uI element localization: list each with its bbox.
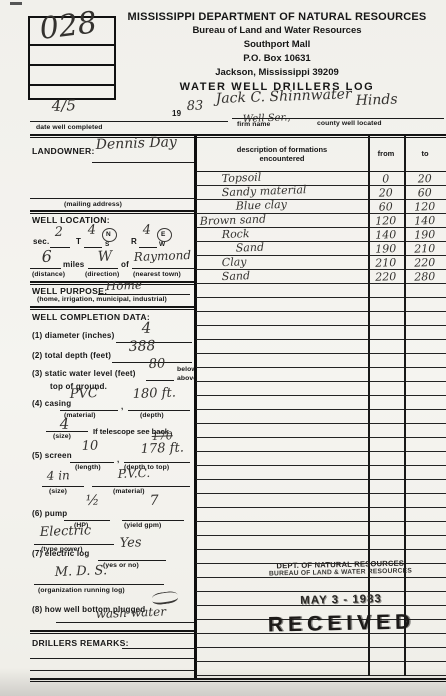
- formation-from: [368, 422, 404, 423]
- formation-from: 20: [368, 187, 404, 199]
- formation-to: [404, 646, 446, 647]
- stamp-date: MAY 3 - 1983: [238, 592, 444, 608]
- item1-label: (1) diameter (inches): [32, 331, 114, 340]
- item5-length-label: (length): [75, 464, 101, 471]
- bottom-rule: [30, 678, 446, 682]
- formation-desc: [196, 669, 368, 675]
- address-line2: P.O. Box 10631: [114, 52, 440, 66]
- formation-row: [196, 648, 446, 662]
- north-circled-mark: [102, 228, 117, 242]
- formation-row: [196, 438, 446, 452]
- item6-yield-label: (yield gpm): [124, 522, 161, 529]
- formation-from: [368, 478, 404, 479]
- form-number-handwritten: 028: [38, 5, 99, 47]
- mailing-address-line: [30, 198, 194, 199]
- formation-from: 210: [368, 257, 404, 269]
- formation-desc: [196, 305, 368, 311]
- form-number-box: 028: [28, 16, 116, 100]
- formation-from: [368, 646, 404, 647]
- remarks-line: [30, 658, 194, 659]
- org-value: M. D. S.: [54, 563, 107, 580]
- year-value: 83: [186, 98, 203, 114]
- formation-to: 280: [404, 271, 446, 283]
- item1-value: 4: [141, 319, 151, 337]
- formation-from: [368, 380, 404, 381]
- formation-row: [196, 452, 446, 466]
- formation-from: [368, 324, 404, 325]
- item6-hp-value: ½: [85, 493, 99, 509]
- formation-to: [404, 492, 446, 493]
- formation-from: [368, 296, 404, 297]
- formation-to: [404, 660, 446, 661]
- formation-from: [368, 660, 404, 661]
- distance-underline: [30, 268, 61, 269]
- item4-label: (4) casing: [32, 399, 71, 408]
- remarks-line: [30, 670, 194, 671]
- nearest-town-value: Raymond: [134, 248, 192, 264]
- formation-to: 120: [404, 201, 446, 213]
- item7-sub-label: (yes or no): [103, 562, 139, 569]
- from-column-header: from: [368, 136, 404, 171]
- formation-to: [404, 422, 446, 423]
- direction-value: W: [97, 249, 112, 265]
- formation-to: [404, 450, 446, 451]
- formation-row: [196, 298, 446, 312]
- formation-to: [404, 394, 446, 395]
- to-column-header: to: [404, 136, 446, 171]
- formation-row: [196, 480, 446, 494]
- formation-desc: [196, 543, 368, 549]
- formation-row: [196, 508, 446, 522]
- stamp-received-text: RECEIVED: [238, 610, 444, 638]
- section-rule: [30, 306, 194, 310]
- landowner-underline: [92, 162, 194, 163]
- formation-from: [368, 492, 404, 493]
- east-circled-mark: [157, 228, 172, 242]
- well-purpose-value: Home: [106, 278, 143, 293]
- formation-row: [196, 494, 446, 508]
- scanned-well-log-form: 028 MISSISSIPPI DEPARTMENT OF NATURAL RE…: [0, 0, 446, 696]
- county-label: county well located: [317, 120, 382, 127]
- formation-to: 220: [404, 257, 446, 269]
- formation-from: [368, 520, 404, 521]
- formation-to: 140: [404, 215, 446, 227]
- direction-underline: [88, 268, 118, 269]
- township-label: T: [76, 237, 81, 246]
- ns-south-option: S: [105, 241, 109, 248]
- formation-from: [368, 310, 404, 311]
- formation-row: [196, 424, 446, 438]
- formation-from: [368, 394, 404, 395]
- formation-from: [368, 436, 404, 437]
- range-value: 4: [142, 223, 151, 238]
- address-line3: Jackson, Mississippi 39209: [114, 66, 440, 80]
- power-value: Electric: [39, 523, 91, 540]
- formation-desc: [196, 473, 368, 479]
- date-completed-label: date well completed: [36, 124, 103, 131]
- formation-from: 190: [368, 243, 404, 255]
- formation-to: [404, 548, 446, 549]
- formation-row: [196, 368, 446, 382]
- item3-underline: [146, 380, 174, 381]
- item4-material-value: PVC: [69, 386, 98, 402]
- formation-desc: [196, 389, 368, 395]
- formation-from: [368, 534, 404, 535]
- formation-from: [368, 464, 404, 465]
- size1-label: (size): [53, 433, 71, 440]
- section-rule: [30, 630, 194, 634]
- item4-comma: ,: [121, 402, 123, 411]
- formation-desc: [196, 515, 368, 521]
- item7-value: Yes: [119, 535, 141, 551]
- formation-to: 190: [404, 229, 446, 241]
- ew-west-option: W: [159, 241, 165, 248]
- date-underline: [30, 121, 228, 122]
- of-label: of: [121, 260, 129, 269]
- county-value: Hinds: [355, 92, 397, 109]
- formation-row: [196, 340, 446, 354]
- township-value: 4: [87, 223, 96, 238]
- formation-row: [196, 466, 446, 480]
- drillers-remarks-label: DRILLERS REMARKS:: [32, 638, 129, 648]
- formation-to: [404, 338, 446, 339]
- sec-underline: [50, 247, 70, 248]
- item6-label: (6) pump: [32, 509, 67, 518]
- formation-to: [404, 506, 446, 507]
- formation-from: [368, 366, 404, 367]
- item5-length-value: 10: [81, 438, 98, 454]
- formation-from: 140: [368, 229, 404, 241]
- well-purpose-heading: WELL PURPOSE:: [32, 286, 107, 296]
- item8-scribble-mark: [151, 590, 178, 606]
- formation-to: 60: [404, 187, 446, 199]
- date-completed-value: 4/5: [51, 96, 76, 115]
- formation-from: 120: [368, 215, 404, 227]
- formation-from: [368, 352, 404, 353]
- size2-label: (size): [49, 488, 67, 495]
- town-underline: [132, 268, 194, 269]
- formation-to: [404, 352, 446, 353]
- item5-comma: ,: [117, 455, 119, 464]
- formation-row: [196, 382, 446, 396]
- item4-depth-value: 180 ft.: [132, 386, 176, 402]
- formation-desc: [196, 347, 368, 353]
- firm-name-value: Jack C. Shinnwater: [215, 86, 351, 107]
- formation-desc: [196, 375, 368, 381]
- formation-desc: [196, 641, 368, 647]
- formation-to: 20: [404, 173, 446, 185]
- address-line1: Southport Mall: [114, 38, 440, 52]
- formation-desc: [196, 333, 368, 339]
- letterhead: MISSISSIPPI DEPARTMENT OF NATURAL RESOUR…: [114, 10, 440, 94]
- form-number-box-line: [29, 64, 115, 66]
- formation-desc: [196, 487, 368, 493]
- formation-desc: [196, 291, 368, 297]
- sec-value: 2: [54, 225, 63, 240]
- direction-label: (direction): [85, 271, 119, 278]
- well-location-heading: WELL LOCATION:: [32, 215, 110, 225]
- year-prefix: 19: [172, 109, 181, 118]
- item3-label: (3) static water level (feet): [32, 369, 136, 378]
- sec-label: sec.: [33, 237, 49, 246]
- item3-value: 80: [148, 356, 165, 372]
- item8-underline: [56, 622, 194, 623]
- completion-data-heading: WELL COMPLETION DATA:: [32, 312, 150, 322]
- formation-from: [368, 674, 404, 675]
- landowner-label: LANDOWNER:: [32, 146, 95, 156]
- agency-name: MISSISSIPPI DEPARTMENT OF NATURAL RESOUR…: [114, 10, 440, 24]
- formation-to: [404, 436, 446, 437]
- item6-yield-value: 7: [149, 493, 158, 509]
- item2-label: (2) total depth (feet): [32, 351, 111, 360]
- formation-to: [404, 408, 446, 409]
- formation-to: [404, 296, 446, 297]
- formation-to: [404, 324, 446, 325]
- distance-label: (distance): [32, 271, 65, 278]
- item4-depth-label: (depth): [140, 412, 164, 419]
- formation-from: [368, 450, 404, 451]
- formation-desc: [196, 501, 368, 507]
- formation-to: [404, 534, 446, 535]
- range-label: R: [131, 237, 137, 246]
- scan-artifact-dash: [10, 2, 22, 5]
- formation-row: Sand220280: [196, 270, 446, 284]
- formations-desc-header: description of formations encountered: [196, 136, 368, 171]
- well-purpose-options: (home, irrigation, municipal, industrial…: [37, 296, 167, 303]
- item8-value: wash water: [96, 605, 167, 621]
- formation-row: [196, 354, 446, 368]
- formation-desc: [196, 459, 368, 465]
- form-number-box-line: [29, 84, 115, 86]
- formation-row: [196, 410, 446, 424]
- remarks-underline: [122, 648, 194, 649]
- formation-row: [196, 396, 446, 410]
- formation-row: [196, 522, 446, 536]
- formation-desc: [196, 529, 368, 535]
- formation-row: [196, 536, 446, 550]
- formation-desc: [196, 445, 368, 451]
- formation-row: [196, 326, 446, 340]
- formation-from: [368, 548, 404, 549]
- formation-from: [368, 506, 404, 507]
- formation-from: [368, 408, 404, 409]
- section-rule: [30, 210, 194, 214]
- received-stamp: DEPT. OF NATURAL RESOURCES BUREAU OF LAN…: [237, 558, 445, 638]
- org-underline: [34, 584, 164, 585]
- bureau-name: Bureau of Land and Water Resources: [114, 24, 440, 38]
- formation-desc: [196, 361, 368, 367]
- firm-name-label: firm name: [237, 121, 270, 128]
- formation-to: [404, 478, 446, 479]
- formation-row: [196, 662, 446, 676]
- formation-to: [404, 520, 446, 521]
- formations-desc-header-line1: description of formations: [237, 145, 327, 154]
- formation-from: 60: [368, 201, 404, 213]
- material2-label: (material): [113, 488, 145, 495]
- distance-value: 6: [41, 247, 52, 266]
- size2-value: 4 in: [47, 468, 70, 483]
- formation-to: [404, 674, 446, 675]
- org-label: (organization running log): [38, 587, 125, 594]
- formation-to: [404, 310, 446, 311]
- formation-desc: [196, 655, 368, 661]
- formation-from: [368, 338, 404, 339]
- item2-value: 388: [128, 338, 155, 355]
- mailing-address-label: (mailing address): [64, 201, 122, 208]
- material2-value: P.V.C.: [118, 466, 151, 481]
- formation-desc: [196, 319, 368, 325]
- formation-desc: [196, 431, 368, 437]
- miles-label: miles: [63, 260, 84, 269]
- formation-row: [196, 312, 446, 326]
- formation-to: 210: [404, 243, 446, 255]
- formation-row: [196, 284, 446, 298]
- formation-to: [404, 380, 446, 381]
- formations-table-header: description of formations encountered fr…: [196, 136, 446, 172]
- formation-from: 220: [368, 271, 404, 283]
- formation-desc: [196, 403, 368, 409]
- formation-to: [404, 366, 446, 367]
- landowner-value: Dennis Day: [95, 134, 177, 153]
- range-underline: [139, 247, 157, 248]
- item5-depth-value: 178 ft.: [140, 441, 184, 457]
- formations-desc-header-line2: encountered: [259, 154, 304, 163]
- formation-desc: [196, 417, 368, 423]
- item7-label: (7) electric log: [32, 549, 89, 558]
- item5-label: (5) screen: [32, 451, 72, 460]
- formation-from: 0: [368, 173, 404, 185]
- formation-to: [404, 464, 446, 465]
